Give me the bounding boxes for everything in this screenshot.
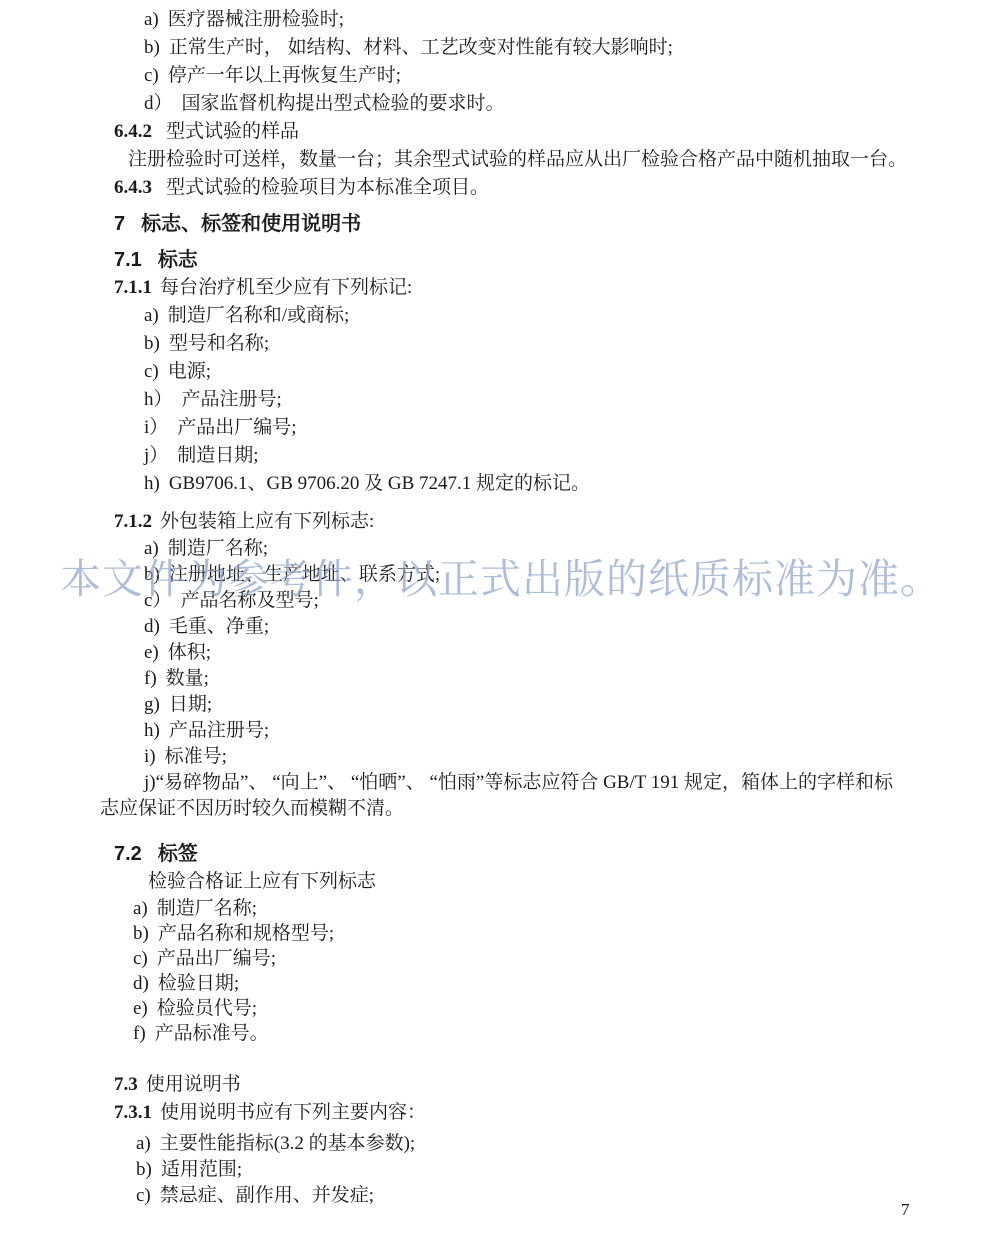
list-item: c）产品名称及型号;	[144, 588, 962, 614]
clause-heading-6-4-2: 6.4.2型式试验的样品	[114, 118, 962, 146]
item-text: 产品标准号。	[155, 1023, 269, 1044]
clause-title: 型式试验的样品	[166, 121, 299, 142]
list-item-j-line2: 志应保证不因历时较久而模糊不清。	[100, 796, 962, 822]
section-heading-7-3: 7.3使用说明书	[114, 1071, 962, 1099]
list-item: f)产品标准号。	[133, 1021, 962, 1046]
item-text: 国家监督机构提出型式检验的要求时。	[182, 93, 505, 114]
item-text: 检验员代号;	[157, 998, 257, 1019]
list-item: g)日期;	[144, 692, 962, 718]
list-item: i)标准号;	[144, 744, 962, 770]
list-item: c)产品出厂编号;	[133, 946, 962, 971]
item-text: 型号和名称;	[169, 333, 269, 354]
item-marker: a)	[133, 898, 148, 919]
item-marker: a)	[144, 9, 159, 30]
item-text: 产品注册号;	[182, 389, 282, 410]
list-item: d)毛重、净重;	[144, 614, 962, 640]
item-marker: a)	[144, 538, 159, 559]
clause-heading-6-4-3: 6.4.3型式试验的检验项目为本标准全项目。	[114, 174, 962, 202]
item-marker: f)	[144, 668, 157, 689]
list-item: a)医疗器械注册检验时;	[144, 6, 962, 34]
item-marker: c)	[144, 361, 159, 382]
section-number: 7.3	[114, 1074, 138, 1095]
section-number: 7.2	[114, 843, 142, 865]
section-number: 7.1	[114, 249, 142, 271]
clause-number: 7.3.1	[114, 1102, 152, 1123]
clause-heading-7-1-1: 7.1.1每台治疗机至少应有下列标记:	[114, 274, 962, 302]
packing-marks-list: a)制造厂名称; b)注册地址、生产地址、联系方式; c）产品名称及型号; d)…	[100, 536, 962, 822]
list-item: b)适用范围;	[136, 1157, 962, 1183]
manual-contents-list: a)主要性能指标(3.2 的基本参数); b)适用范围; c)禁忌症、副作用、并…	[100, 1131, 962, 1209]
list-item: i）产品出厂编号;	[144, 414, 962, 442]
section-heading-7-1: 7.1标志	[114, 246, 962, 274]
chapter-heading-7: 7标志、标签和使用说明书	[114, 210, 962, 238]
list-item: h)GB9706.1、GB 9706.20 及 GB 7247.1 规定的标记。	[144, 470, 962, 498]
item-marker: i)	[144, 746, 156, 767]
list-item: b)产品名称和规格型号;	[133, 921, 962, 946]
item-marker: b)	[144, 333, 160, 354]
list-item: c)禁忌症、副作用、并发症;	[136, 1183, 962, 1209]
list-item: a)主要性能指标(3.2 的基本参数);	[136, 1131, 962, 1157]
item-text: 产品名称和规格型号;	[158, 923, 334, 944]
list-item: e)检验员代号;	[133, 996, 962, 1021]
list-item: a)制造厂名称和/或商标;	[144, 302, 962, 330]
item-text: 数量;	[166, 668, 209, 689]
item-text: “易碎物品”、 “向上”、 “怕晒”、 “怕雨”等标志应符合 GB/T 191 …	[156, 772, 893, 793]
list-item: h)产品注册号;	[144, 718, 962, 744]
list-item: e)体积;	[144, 640, 962, 666]
list-item-j-line1: j)“易碎物品”、 “向上”、 “怕晒”、 “怕雨”等标志应符合 GB/T 19…	[144, 770, 962, 796]
spacer	[100, 822, 962, 840]
item-text: 体积;	[168, 642, 211, 663]
item-text: 制造厂名称;	[168, 538, 268, 559]
clause-heading-7-3-1: 7.3.1使用说明书应有下列主要内容：	[114, 1099, 962, 1127]
item-marker: b)	[136, 1159, 152, 1180]
clause-title: 使用说明书应有下列主要内容：	[160, 1102, 426, 1123]
item-marker: d)	[144, 616, 160, 637]
clause-title: 型式试验的检验项目为本标准全项目。	[166, 177, 489, 198]
chapter-title: 标志、标签和使用说明书	[141, 213, 361, 235]
clause-paragraph: 检验合格证上应有下列标志	[148, 868, 962, 896]
item-marker: e)	[144, 642, 159, 663]
item-marker: i）	[144, 417, 168, 438]
item-text: 制造日期;	[177, 445, 258, 466]
item-marker: d)	[133, 973, 149, 994]
item-marker: b)	[144, 564, 160, 585]
list-item: b)正常生产时， 如结构、材料、工艺改变对性能有较大影响时;	[144, 34, 962, 62]
item-marker: f)	[133, 1023, 146, 1044]
clause-title: 外包装箱上应有下列标志:	[160, 511, 374, 532]
item-marker: h)	[144, 473, 160, 494]
list-item: c)停产一年以上再恢复生产时;	[144, 62, 962, 90]
section-title: 标签	[158, 843, 198, 865]
clause-paragraph: 注册检验时可送样，数量一台；其余型式试验的样品应从出厂检验合格产品中随机抽取一台…	[128, 146, 962, 174]
item-marker: g)	[144, 694, 160, 715]
item-marker: c）	[144, 590, 171, 611]
item-text: 毛重、净重;	[169, 616, 269, 637]
item-text: 医疗器械注册检验时;	[168, 9, 344, 30]
spacer	[100, 1046, 962, 1071]
item-text: 日期;	[169, 694, 212, 715]
clause-heading-7-1-2: 7.1.2外包装箱上应有下列标志:	[114, 508, 962, 536]
item-text: 产品出厂编号;	[177, 417, 296, 438]
clause-number: 6.4.2	[114, 121, 152, 142]
list-item: a)制造厂名称;	[144, 536, 962, 562]
section-title: 标志	[158, 249, 198, 271]
item-text: 电源;	[168, 361, 211, 382]
item-marker: j）	[144, 445, 168, 466]
list-item: h）产品注册号;	[144, 386, 962, 414]
clause-number: 7.1.1	[114, 277, 152, 298]
list-item: f)数量;	[144, 666, 962, 692]
clause-title: 每台治疗机至少应有下列标记:	[160, 277, 412, 298]
item-marker: j)	[144, 772, 156, 793]
list-item: d）国家监督机构提出型式检验的要求时。	[144, 90, 962, 118]
item-marker: d）	[144, 93, 173, 114]
item-text: 制造厂名称和/或商标;	[168, 305, 350, 326]
item-text: 适用范围;	[161, 1159, 242, 1180]
item-text: 产品名称及型号;	[180, 590, 318, 611]
item-marker: e)	[133, 998, 148, 1019]
certificate-marks-list: a)制造厂名称; b)产品名称和规格型号; c)产品出厂编号; d)检验日期; …	[100, 896, 962, 1046]
item-marker: c)	[144, 65, 159, 86]
item-text: 停产一年以上再恢复生产时;	[168, 65, 401, 86]
list-item: b)型号和名称;	[144, 330, 962, 358]
list-item: b)注册地址、生产地址、联系方式;	[144, 562, 962, 588]
clause-number: 6.4.3	[114, 177, 152, 198]
item-text: 禁忌症、副作用、并发症;	[160, 1185, 374, 1206]
spacer	[100, 498, 962, 508]
item-text: 产品注册号;	[169, 720, 269, 741]
item-marker: c)	[136, 1185, 151, 1206]
chapter-number: 7	[114, 213, 125, 235]
item-text: 检验日期;	[158, 973, 239, 994]
item-marker: h）	[144, 389, 173, 410]
item-marker: a)	[144, 305, 159, 326]
list-item: a)制造厂名称;	[133, 896, 962, 921]
item-text: 注册地址、生产地址、联系方式;	[169, 564, 440, 585]
item-text: 主要性能指标(3.2 的基本参数);	[160, 1133, 415, 1154]
item-marker: c)	[133, 948, 148, 969]
item-marker: h)	[144, 720, 160, 741]
item-text: 正常生产时， 如结构、材料、工艺改变对性能有较大影响时;	[169, 37, 673, 58]
document-page: a)医疗器械注册检验时; b)正常生产时， 如结构、材料、工艺改变对性能有较大影…	[0, 0, 1002, 1209]
list-item: d)检验日期;	[133, 971, 962, 996]
item-marker: a)	[136, 1133, 151, 1154]
item-text: 制造厂名称;	[157, 898, 257, 919]
item-text: GB9706.1、GB 9706.20 及 GB 7247.1 规定的标记。	[169, 473, 590, 494]
list-item: j）制造日期;	[144, 442, 962, 470]
clause-number: 7.1.2	[114, 511, 152, 532]
item-marker: b)	[144, 37, 160, 58]
item-marker: b)	[133, 923, 149, 944]
section-title: 使用说明书	[146, 1074, 241, 1095]
list-item: c)电源;	[144, 358, 962, 386]
section-heading-7-2: 7.2标签	[114, 840, 962, 868]
item-text: 标准号;	[165, 746, 227, 767]
page-number: 7	[901, 1196, 910, 1224]
item-text: 产品出厂编号;	[157, 948, 276, 969]
